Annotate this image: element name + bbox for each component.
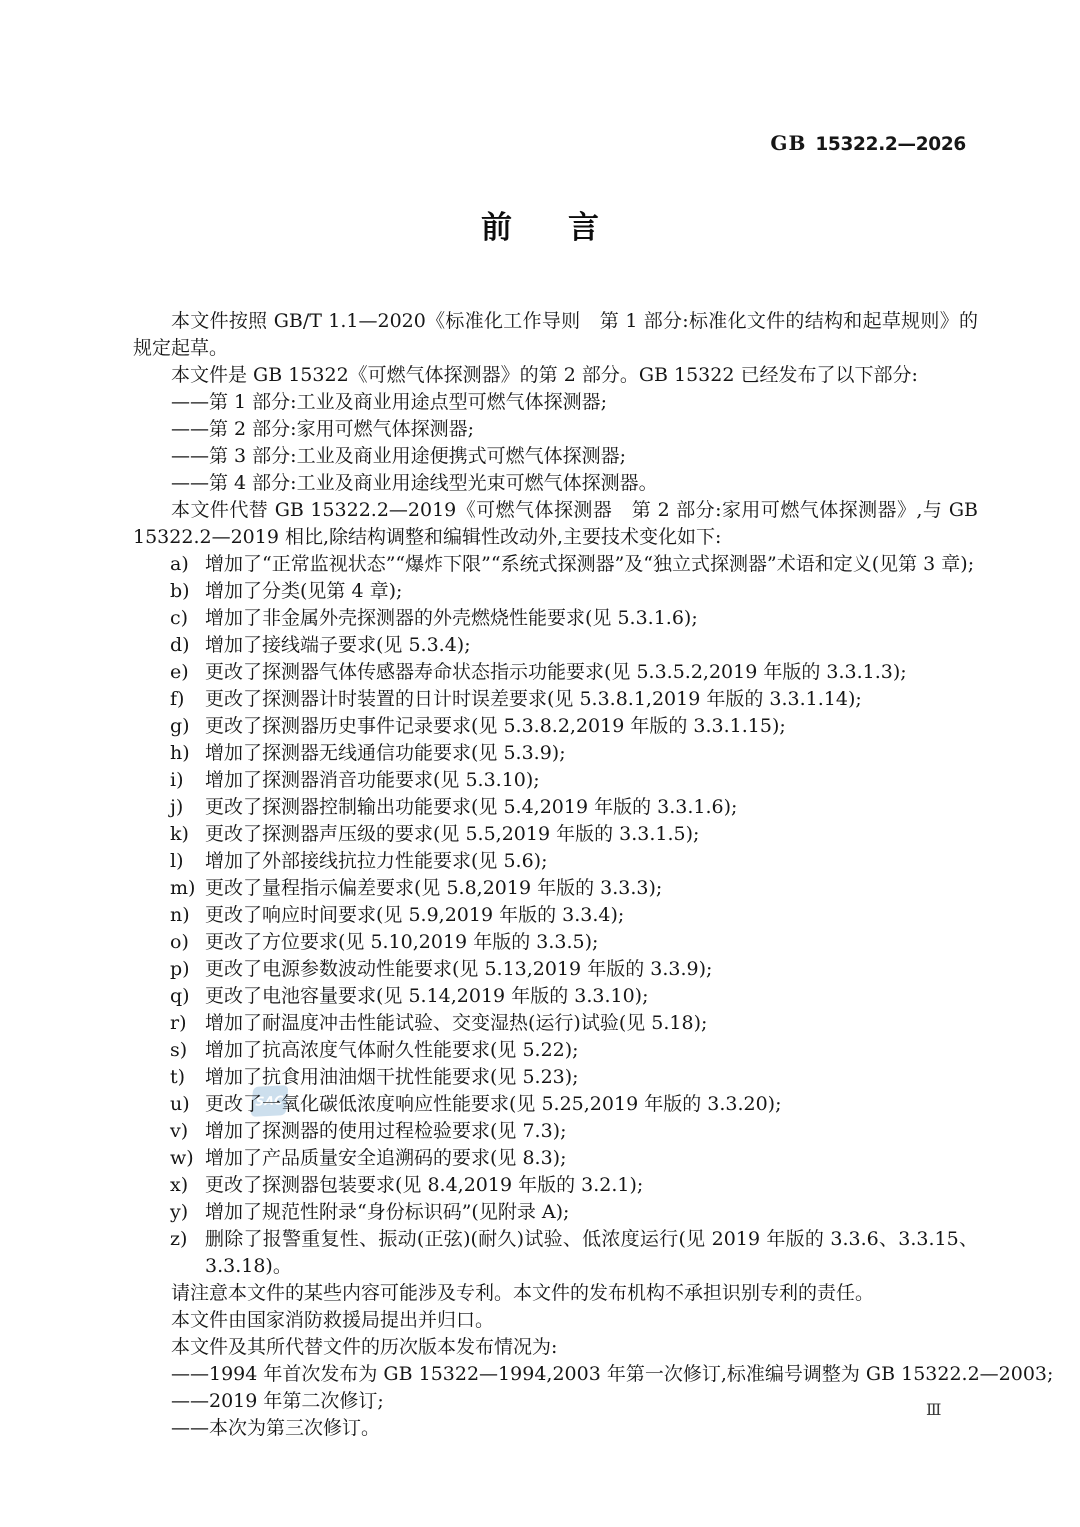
- doc-code-prefix: GB: [770, 131, 806, 155]
- change-letter: k): [133, 821, 205, 848]
- change-item: z) 删除了报警重复性、振动(正弦)(耐久)试验、低浓度运行(见 2019 年版…: [133, 1226, 978, 1280]
- change-letter: d): [133, 632, 205, 659]
- foreword-body: 本文件按照 GB/T 1.1—2020《标准化工作导则 第 1 部分:标准化文件…: [133, 308, 978, 1442]
- history-item: ——本次为第三次修订。: [133, 1415, 978, 1442]
- closing-paragraph: 本文件及其所代替文件的历次版本发布情况为:: [133, 1334, 978, 1361]
- page-title-char2: 言: [568, 210, 599, 246]
- page-title: 前言: [0, 211, 1080, 247]
- history-list: ——1994 年首次发布为 GB 15322—1994,2003 年第一次修订,…: [133, 1361, 978, 1442]
- change-text: 更改了电源参数波动性能要求(见 5.13,2019 年版的 3.3.9);: [205, 956, 978, 983]
- change-text: 更改了方位要求(见 5.10,2019 年版的 3.3.5);: [205, 929, 978, 956]
- page-title-char1: 前: [481, 210, 512, 246]
- change-text: 增加了接线端子要求(见 5.3.4);: [205, 632, 978, 659]
- change-letter: a): [133, 551, 205, 578]
- change-letter: g): [133, 713, 205, 740]
- change-text: 删除了报警重复性、振动(正弦)(耐久)试验、低浓度运行(见 2019 年版的 3…: [205, 1226, 978, 1280]
- change-text: 增加了外部接线抗拉力性能要求(见 5.6);: [205, 848, 978, 875]
- change-letter: i): [133, 767, 205, 794]
- change-text: 增加了分类(见第 4 章);: [205, 578, 978, 605]
- part-item: ——第 3 部分:工业及商业用途便携式可燃气体探测器;: [133, 443, 978, 470]
- change-letter: f): [133, 686, 205, 713]
- doc-code: GB15322.2—2026: [770, 131, 966, 155]
- change-item: v) 增加了探测器的使用过程检验要求(见 7.3);: [133, 1118, 978, 1145]
- change-letter: y): [133, 1199, 205, 1226]
- change-item: r) 增加了耐温度冲击性能试验、交变湿热(运行)试验(见 5.18);: [133, 1010, 978, 1037]
- change-letter: o): [133, 929, 205, 956]
- change-text: 更改了探测器历史事件记录要求(见 5.3.8.2,2019 年版的 3.3.1.…: [205, 713, 978, 740]
- changes-list: a) 增加了“正常监视状态”“爆炸下限”“系统式探测器”及“独立式探测器”术语和…: [133, 551, 978, 1280]
- change-letter: j): [133, 794, 205, 821]
- change-text: 增加了探测器无线通信功能要求(见 5.3.9);: [205, 740, 978, 767]
- change-letter: r): [133, 1010, 205, 1037]
- change-item: a) 增加了“正常监视状态”“爆炸下限”“系统式探测器”及“独立式探测器”术语和…: [133, 551, 978, 578]
- page-number: Ⅲ: [926, 1400, 941, 1419]
- change-letter: n): [133, 902, 205, 929]
- change-item: x) 更改了探测器包装要求(见 8.4,2019 年版的 3.2.1);: [133, 1172, 978, 1199]
- change-letter: b): [133, 578, 205, 605]
- change-text: 增加了探测器消音功能要求(见 5.3.10);: [205, 767, 978, 794]
- change-letter: c): [133, 605, 205, 632]
- change-item: o) 更改了方位要求(见 5.10,2019 年版的 3.3.5);: [133, 929, 978, 956]
- change-item: u) 更改了一氧化碳低浓度响应性能要求(见 5.25,2019 年版的 3.3.…: [133, 1091, 978, 1118]
- change-text: 更改了量程指示偏差要求(见 5.8,2019 年版的 3.3.3);: [205, 875, 978, 902]
- change-text: 增加了规范性附录“身份标识码”(见附录 A);: [205, 1199, 978, 1226]
- change-item: f) 更改了探测器计时装置的日计时误差要求(见 5.3.8.1,2019 年版的…: [133, 686, 978, 713]
- document-page: SAC GB15322.2—2026 前言 本文件按照 GB/T 1.1—202…: [0, 0, 1080, 1527]
- change-item: l) 增加了外部接线抗拉力性能要求(见 5.6);: [133, 848, 978, 875]
- change-item: e) 更改了探测器气体传感器寿命状态指示功能要求(见 5.3.5.2,2019 …: [133, 659, 978, 686]
- change-item: n) 更改了响应时间要求(见 5.9,2019 年版的 3.3.4);: [133, 902, 978, 929]
- change-text: 更改了探测器计时装置的日计时误差要求(见 5.3.8.1,2019 年版的 3.…: [205, 686, 978, 713]
- change-item: g) 更改了探测器历史事件记录要求(见 5.3.8.2,2019 年版的 3.3…: [133, 713, 978, 740]
- change-item: s) 增加了抗高浓度气体耐久性能要求(见 5.22);: [133, 1037, 978, 1064]
- change-text: 更改了电池容量要求(见 5.14,2019 年版的 3.3.10);: [205, 983, 978, 1010]
- change-letter: w): [133, 1145, 205, 1172]
- closing-paragraph: 请注意本文件的某些内容可能涉及专利。本文件的发布机构不承担识别专利的责任。: [133, 1280, 978, 1307]
- change-text: 更改了响应时间要求(见 5.9,2019 年版的 3.3.4);: [205, 902, 978, 929]
- part-item: ——第 1 部分:工业及商业用途点型可燃气体探测器;: [133, 389, 978, 416]
- change-letter: u): [133, 1091, 205, 1118]
- change-text: 增加了探测器的使用过程检验要求(见 7.3);: [205, 1118, 978, 1145]
- history-item: ——1994 年首次发布为 GB 15322—1994,2003 年第一次修订,…: [133, 1361, 978, 1388]
- doc-code-number: 15322.2—2026: [815, 134, 966, 155]
- change-letter: z): [133, 1226, 205, 1253]
- change-item: q) 更改了电池容量要求(见 5.14,2019 年版的 3.3.10);: [133, 983, 978, 1010]
- change-item: c) 增加了非金属外壳探测器的外壳燃烧性能要求(见 5.3.1.6);: [133, 605, 978, 632]
- change-letter: p): [133, 956, 205, 983]
- change-text: 增加了抗高浓度气体耐久性能要求(见 5.22);: [205, 1037, 978, 1064]
- change-item: i) 增加了探测器消音功能要求(见 5.3.10);: [133, 767, 978, 794]
- closing-paragraphs: 请注意本文件的某些内容可能涉及专利。本文件的发布机构不承担识别专利的责任。 本文…: [133, 1280, 978, 1361]
- change-letter: l): [133, 848, 205, 875]
- change-letter: t): [133, 1064, 205, 1091]
- change-text: 增加了抗食用油油烟干扰性能要求(见 5.23);: [205, 1064, 978, 1091]
- closing-paragraph: 本文件由国家消防救援局提出并归口。: [133, 1307, 978, 1334]
- change-item: w) 增加了产品质量安全追溯码的要求(见 8.3);: [133, 1145, 978, 1172]
- change-text: 增加了耐温度冲击性能试验、交变湿热(运行)试验(见 5.18);: [205, 1010, 978, 1037]
- change-text: 更改了一氧化碳低浓度响应性能要求(见 5.25,2019 年版的 3.3.20)…: [205, 1091, 978, 1118]
- change-text: 更改了探测器包装要求(见 8.4,2019 年版的 3.2.1);: [205, 1172, 978, 1199]
- change-item: k) 更改了探测器声压级的要求(见 5.5,2019 年版的 3.3.1.5);: [133, 821, 978, 848]
- change-item: d) 增加了接线端子要求(见 5.3.4);: [133, 632, 978, 659]
- change-letter: m): [133, 875, 205, 902]
- change-text: 增加了非金属外壳探测器的外壳燃烧性能要求(见 5.3.1.6);: [205, 605, 978, 632]
- change-item: p) 更改了电源参数波动性能要求(见 5.13,2019 年版的 3.3.9);: [133, 956, 978, 983]
- change-letter: x): [133, 1172, 205, 1199]
- change-item: m) 更改了量程指示偏差要求(见 5.8,2019 年版的 3.3.3);: [133, 875, 978, 902]
- paragraph-series: 本文件是 GB 15322《可燃气体探测器》的第 2 部分。GB 15322 已…: [133, 362, 978, 389]
- paragraph-replaces: 本文件代替 GB 15322.2—2019《可燃气体探测器 第 2 部分:家用可…: [133, 497, 978, 551]
- change-letter: e): [133, 659, 205, 686]
- change-letter: h): [133, 740, 205, 767]
- change-item: b) 增加了分类(见第 4 章);: [133, 578, 978, 605]
- change-text: 更改了探测器气体传感器寿命状态指示功能要求(见 5.3.5.2,2019 年版的…: [205, 659, 978, 686]
- change-letter: s): [133, 1037, 205, 1064]
- change-item: h) 增加了探测器无线通信功能要求(见 5.3.9);: [133, 740, 978, 767]
- change-item: y) 增加了规范性附录“身份标识码”(见附录 A);: [133, 1199, 978, 1226]
- change-text: 更改了探测器声压级的要求(见 5.5,2019 年版的 3.3.1.5);: [205, 821, 978, 848]
- parts-list: ——第 1 部分:工业及商业用途点型可燃气体探测器; ——第 2 部分:家用可燃…: [133, 389, 978, 497]
- change-letter: q): [133, 983, 205, 1010]
- change-item: j) 更改了探测器控制输出功能要求(见 5.4,2019 年版的 3.3.1.6…: [133, 794, 978, 821]
- change-text: 增加了产品质量安全追溯码的要求(见 8.3);: [205, 1145, 978, 1172]
- part-item: ——第 4 部分:工业及商业用途线型光束可燃气体探测器。: [133, 470, 978, 497]
- change-text: 增加了“正常监视状态”“爆炸下限”“系统式探测器”及“独立式探测器”术语和定义(…: [205, 551, 978, 578]
- change-item: t) 增加了抗食用油油烟干扰性能要求(见 5.23);: [133, 1064, 978, 1091]
- part-item: ——第 2 部分:家用可燃气体探测器;: [133, 416, 978, 443]
- paragraph-basis: 本文件按照 GB/T 1.1—2020《标准化工作导则 第 1 部分:标准化文件…: [133, 308, 978, 362]
- change-letter: v): [133, 1118, 205, 1145]
- history-item: ——2019 年第二次修订;: [133, 1388, 978, 1415]
- change-text: 更改了探测器控制输出功能要求(见 5.4,2019 年版的 3.3.1.6);: [205, 794, 978, 821]
